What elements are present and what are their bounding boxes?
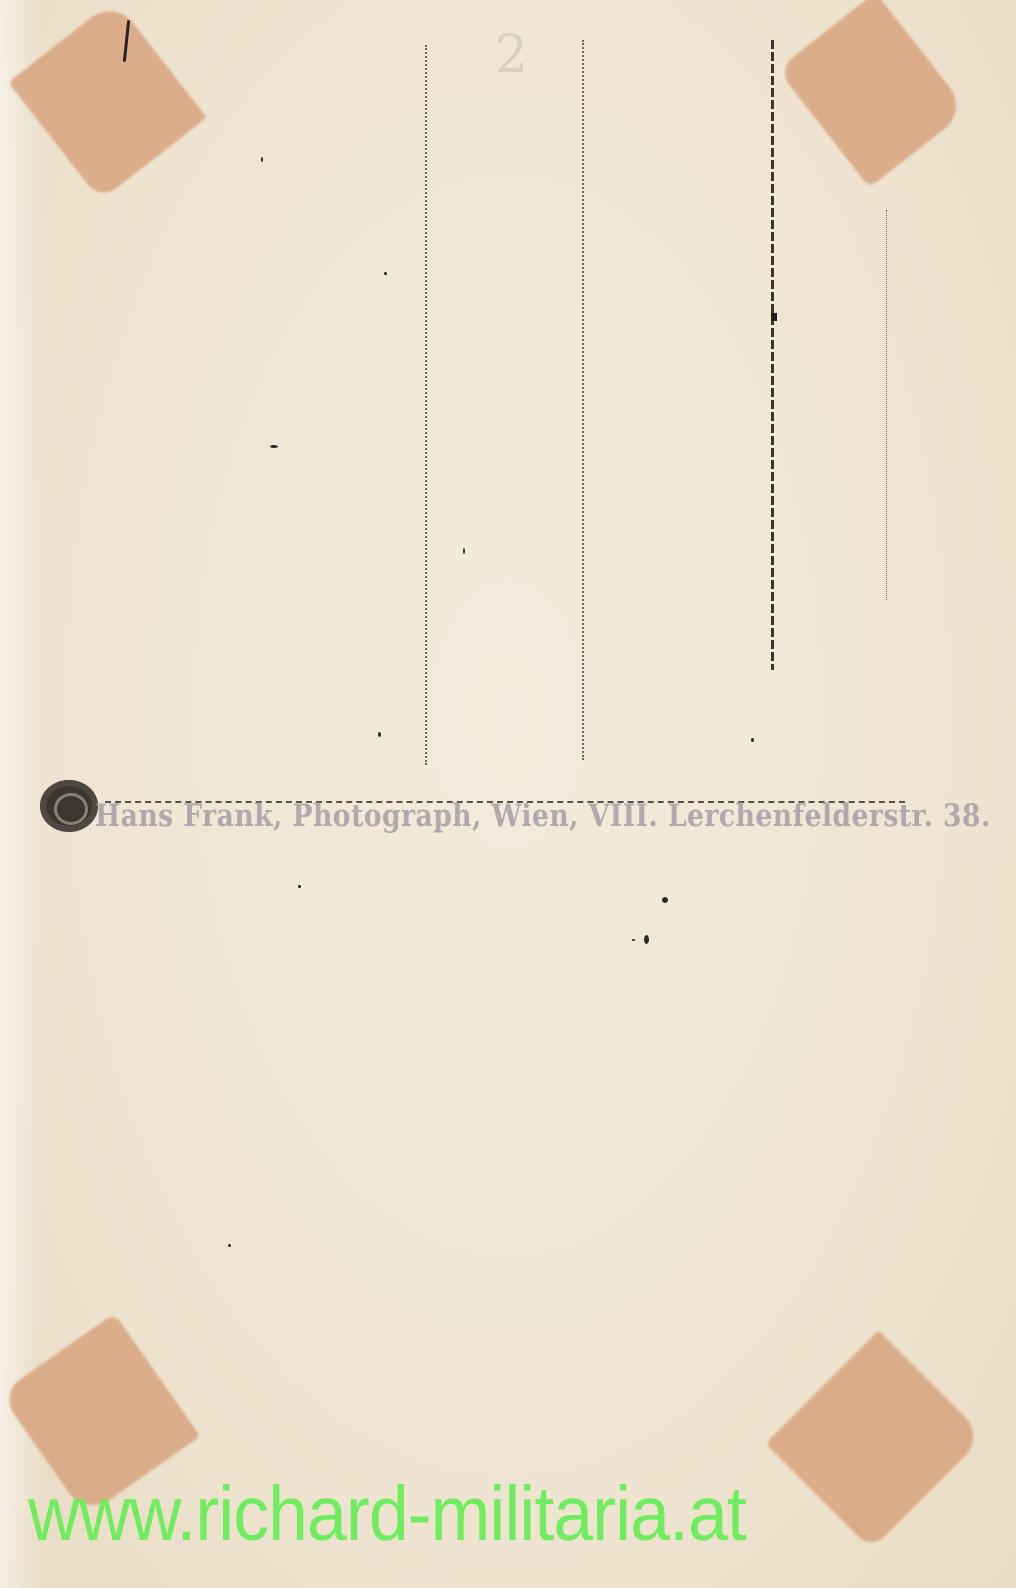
ink-speck — [261, 157, 263, 162]
ink-speck — [751, 738, 754, 742]
ink-speck — [644, 935, 649, 944]
dotted-guide-line-2 — [582, 40, 584, 760]
ink-speck — [384, 272, 387, 275]
ink-speck — [463, 548, 465, 554]
photographer-stamp-text: Hans Frank, Photograph, Wien, VIII. Lerc… — [95, 798, 991, 834]
ink-speck — [662, 897, 668, 903]
address-divider-line — [771, 40, 774, 670]
scan-edge-highlight — [0, 0, 40, 1588]
faint-pencil-numeral: 2 — [495, 25, 528, 85]
photographer-stamp: Hans Frank, Photograph, Wien, VIII. Lerc… — [40, 780, 960, 840]
ink-speck — [228, 1244, 231, 1247]
adhesive-residue-top-right — [777, 0, 968, 188]
dotted-guide-line-3 — [886, 210, 887, 600]
adhesive-residue-bottom-right — [765, 1330, 984, 1549]
postcard-back: 2 Hans Frank, Photograph, Wien, VIII. Le… — [0, 0, 1016, 1588]
ink-speck — [378, 732, 381, 737]
ink-speck — [632, 939, 635, 941]
ink-speck — [270, 445, 278, 448]
photographer-logo-icon — [40, 780, 98, 832]
website-watermark: www.richard-militaria.at — [28, 1470, 746, 1559]
ink-speck — [298, 885, 301, 888]
dotted-guide-line-1 — [425, 45, 427, 765]
divider-ink-mark — [771, 313, 777, 321]
